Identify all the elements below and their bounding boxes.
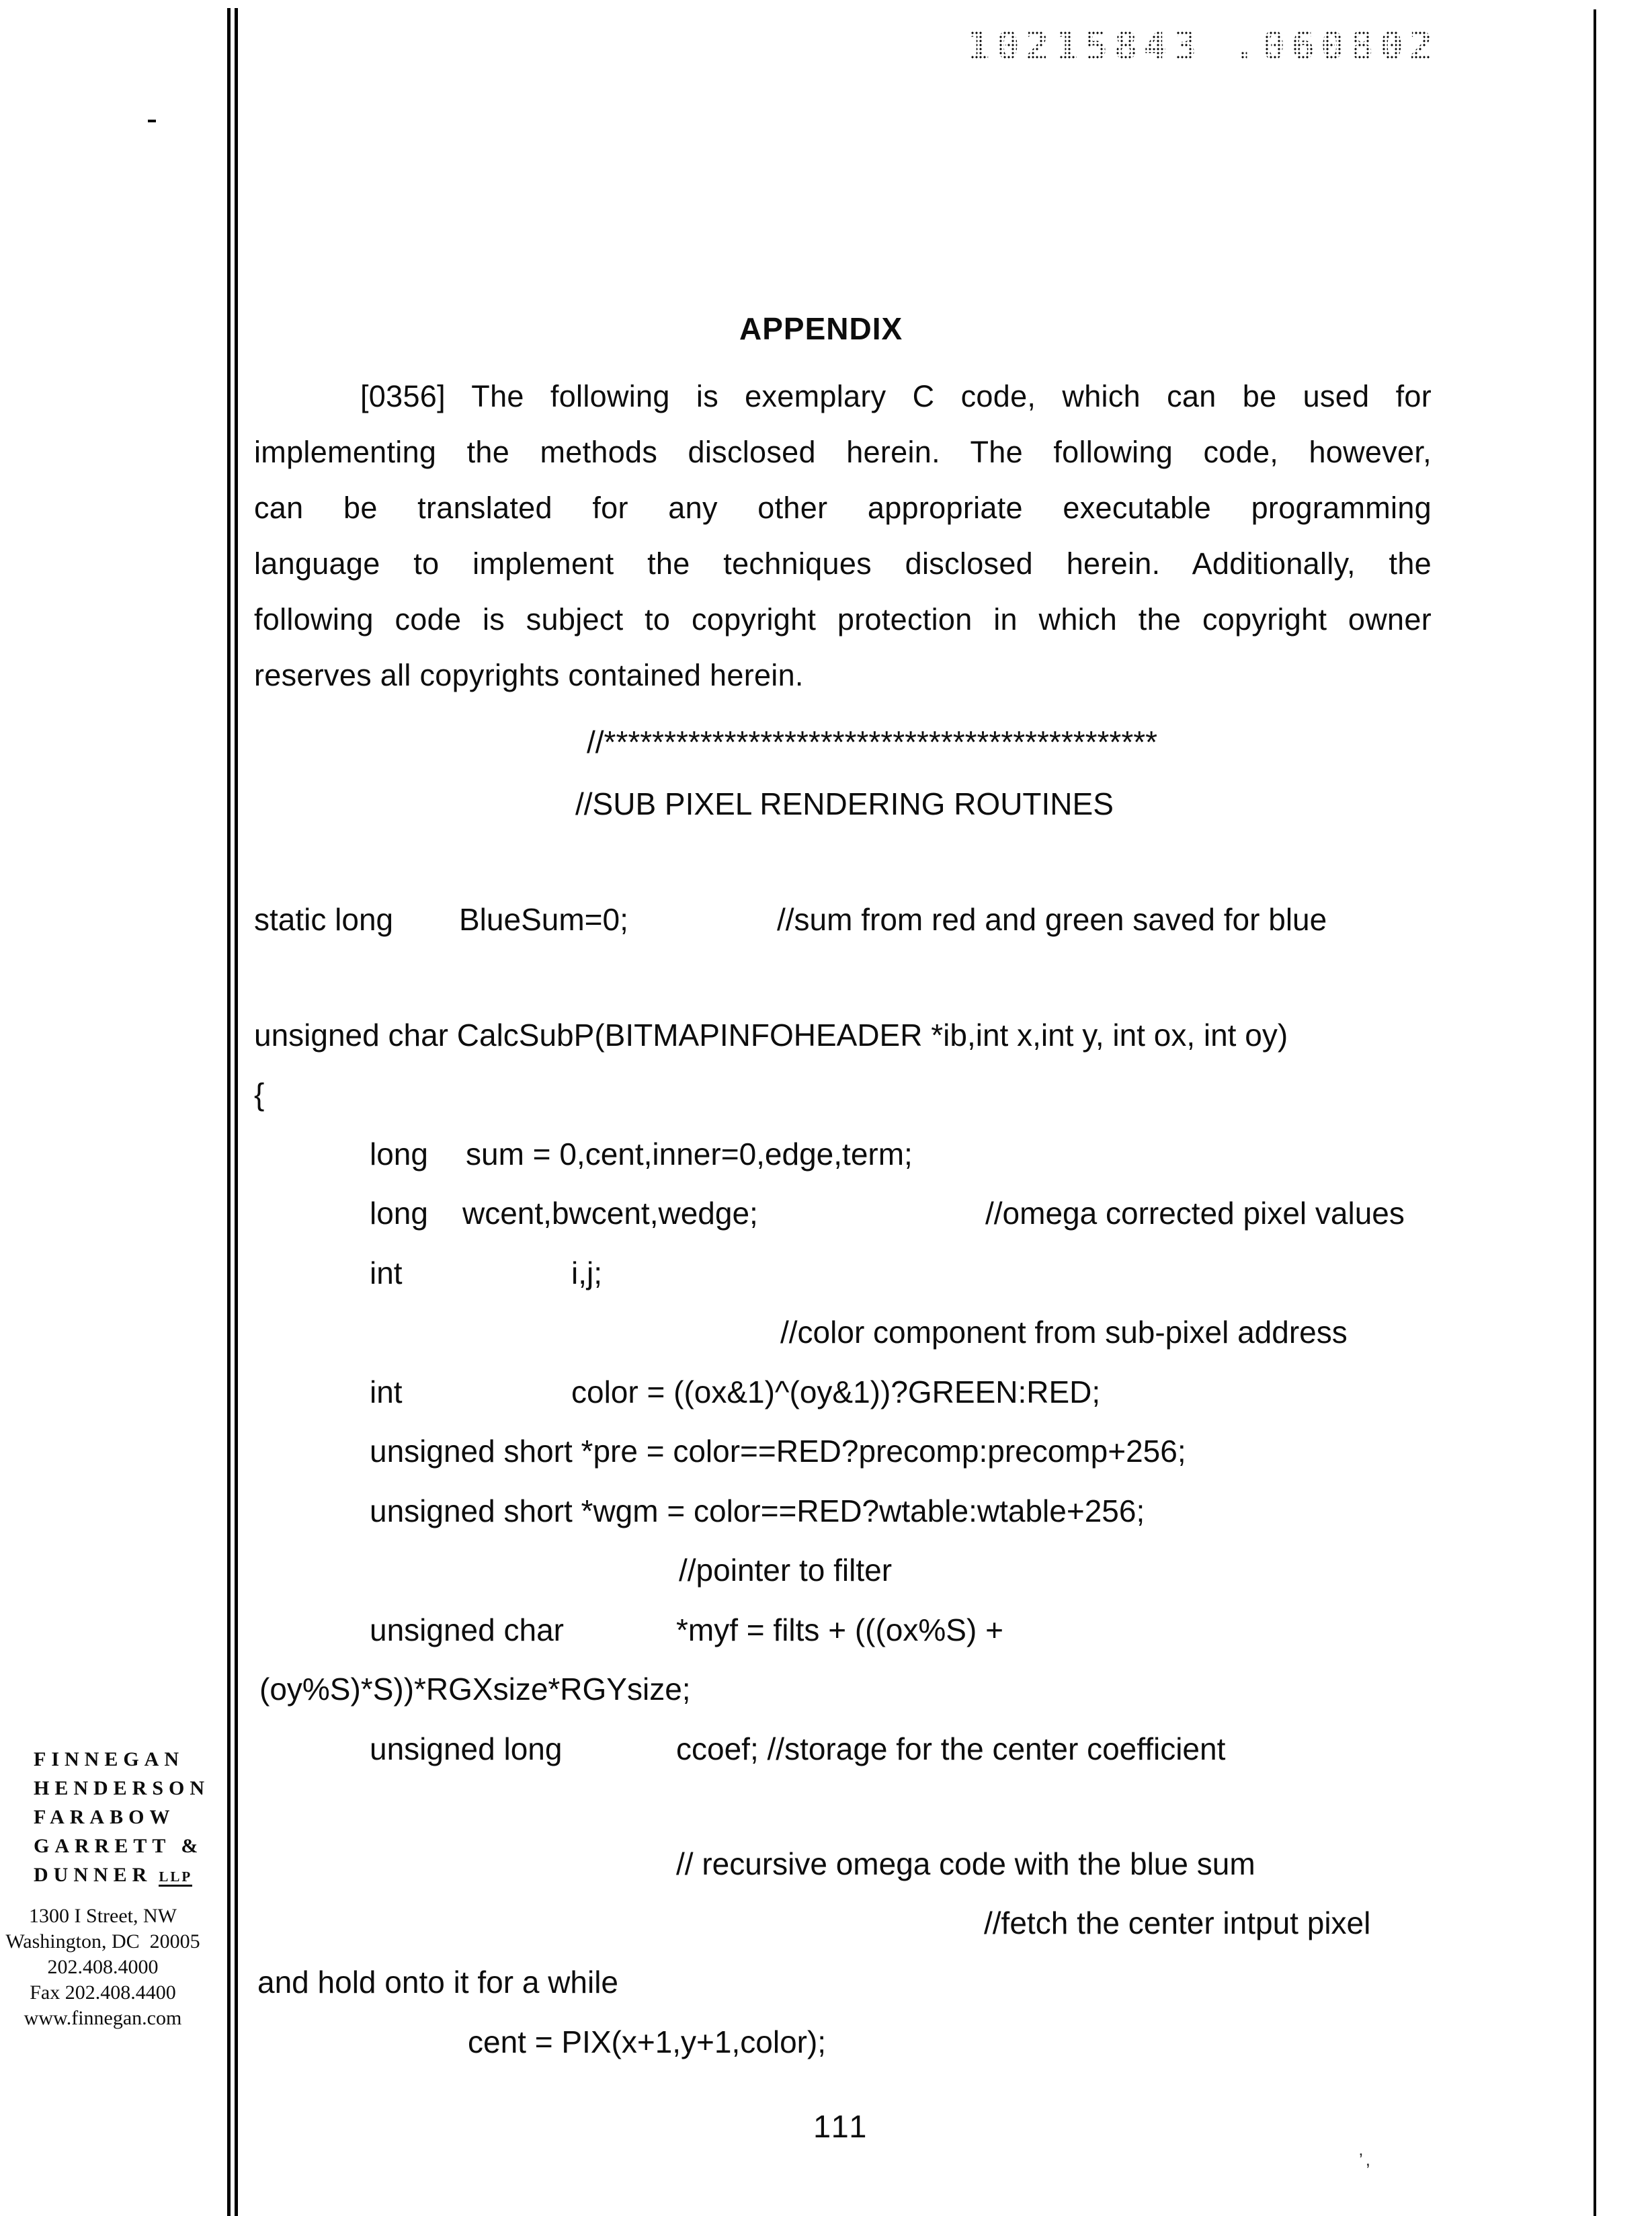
code-line: inti,j;	[254, 1254, 1432, 1292]
code-text: cent = PIX(x+1,y+1,color);	[468, 2023, 826, 2061]
code-line: {	[254, 1075, 1432, 1113]
firm-address: 1300 I Street, NWWashington, DC 20005202…	[0, 1903, 206, 2031]
code-text: unsigned short *pre = color==RED?precomp…	[370, 1432, 1186, 1470]
code-text: static long	[254, 901, 393, 938]
code-text: color = ((ox&1)^(oy&1))?GREEN:RED;	[571, 1373, 1100, 1411]
code-text: i,j;	[571, 1254, 602, 1292]
code-line: // recursive omega code with the blue su…	[254, 1845, 1432, 1883]
code-line: unsigned longccoef; //storage for the ce…	[254, 1730, 1432, 1768]
code-line: static longBlueSum=0;//sum from red and …	[254, 901, 1432, 938]
right-margin-rule	[1594, 9, 1596, 2216]
scanned-patent-page: 10215843 .060802 APPENDIX [0356] The fol…	[0, 0, 1652, 2216]
firm-name-text: FINNEGAN	[34, 1748, 184, 1770]
code-text: long	[370, 1194, 428, 1232]
code-text: unsigned short *wgm = color==RED?wtable:…	[370, 1492, 1145, 1530]
address-line: 202.408.4000	[0, 1955, 206, 1980]
code-text: ccoef; //storage for the center coeffici…	[676, 1730, 1225, 1768]
address-line: 1300 I Street, NW	[0, 1903, 206, 1929]
firm-name-line: HENDERSON	[34, 1774, 235, 1803]
firm-name-text: FARABOW	[34, 1806, 175, 1828]
code-line: //color component from sub-pixel address	[254, 1313, 1432, 1351]
firm-suffix: LLP	[159, 1869, 192, 1887]
code-text: unsigned char CalcSubP(BITMAPINFOHEADER …	[254, 1016, 1288, 1054]
code-text: int	[370, 1254, 403, 1292]
code-text: {	[254, 1075, 264, 1113]
code-text: BlueSum=0;	[459, 901, 628, 938]
code-text: //**************************************…	[587, 723, 1157, 761]
firm-name-line: FARABOW	[34, 1803, 235, 1832]
code-line: unsigned short *pre = color==RED?precomp…	[254, 1432, 1432, 1470]
code-text: int	[370, 1373, 403, 1411]
code-text: // recursive omega code with the blue su…	[676, 1845, 1255, 1883]
code-line: //SUB PIXEL RENDERING ROUTINES	[254, 785, 1432, 823]
code-line: longsum = 0,cent,inner=0,edge,term;	[254, 1135, 1432, 1173]
firm-name-text: HENDERSON	[34, 1777, 210, 1799]
code-line: longwcent,bwcent,wedge;//omega corrected…	[254, 1194, 1432, 1232]
page-number: 111	[813, 2108, 869, 2145]
scan-speck	[148, 120, 156, 122]
code-line: //**************************************…	[254, 723, 1432, 761]
firm-name-line: GARRETT &	[34, 1832, 235, 1860]
address-line: Washington, DC 20005	[0, 1929, 206, 1955]
code-line: unsigned char*myf = filts + (((ox%S) +	[254, 1611, 1432, 1649]
code-text: sum = 0,cent,inner=0,edge,term;	[466, 1135, 913, 1173]
address-line: Fax 202.408.4400	[0, 1980, 206, 2006]
code-line: cent = PIX(x+1,y+1,color);	[254, 2023, 1432, 2061]
code-text: (oy%S)*S))*RGXsize*RGYsize;	[259, 1670, 691, 1708]
code-line: unsigned short *wgm = color==RED?wtable:…	[254, 1492, 1432, 1530]
code-line: intcolor = ((ox&1)^(oy&1))?GREEN:RED;	[254, 1373, 1432, 1411]
address-line: www.finnegan.com	[0, 2006, 206, 2031]
code-line: unsigned char CalcSubP(BITMAPINFOHEADER …	[254, 1016, 1432, 1054]
code-line: and hold onto it for a while	[254, 1963, 1432, 2001]
firm-name-text: DUNNER	[34, 1864, 152, 1886]
firm-name-text: GARRETT &	[34, 1835, 203, 1857]
code-text: //fetch the center intput pixel	[984, 1904, 1370, 1942]
firm-name-line: DUNNERLLP	[34, 1860, 235, 1889]
code-text: //omega corrected pixel values	[985, 1194, 1405, 1232]
scan-artifact-mark: ’,	[1359, 2149, 1373, 2170]
firm-name-line: FINNEGAN	[34, 1745, 235, 1774]
code-text: wcent,bwcent,wedge;	[462, 1194, 758, 1232]
code-text: long	[370, 1135, 428, 1173]
code-text: *myf = filts + (((ox%S) +	[676, 1611, 1003, 1649]
code-text: //sum from red and green saved for blue	[777, 901, 1327, 938]
code-line: //pointer to filter	[254, 1551, 1432, 1589]
code-text: unsigned long	[370, 1730, 562, 1768]
code-text: //SUB PIXEL RENDERING ROUTINES	[575, 785, 1114, 823]
code-text: unsigned char	[370, 1611, 564, 1649]
firm-name: FINNEGANHENDERSONFARABOWGARRETT &DUNNERL…	[34, 1745, 235, 1889]
code-text: //pointer to filter	[679, 1551, 892, 1589]
code-text: //color component from sub-pixel address	[780, 1313, 1348, 1351]
code-text: and hold onto it for a while	[257, 1963, 618, 2001]
code-block: //**************************************…	[254, 0, 1432, 2216]
code-line: (oy%S)*S))*RGXsize*RGYsize;	[254, 1670, 1432, 1708]
code-line: //fetch the center intput pixel	[254, 1904, 1432, 1942]
